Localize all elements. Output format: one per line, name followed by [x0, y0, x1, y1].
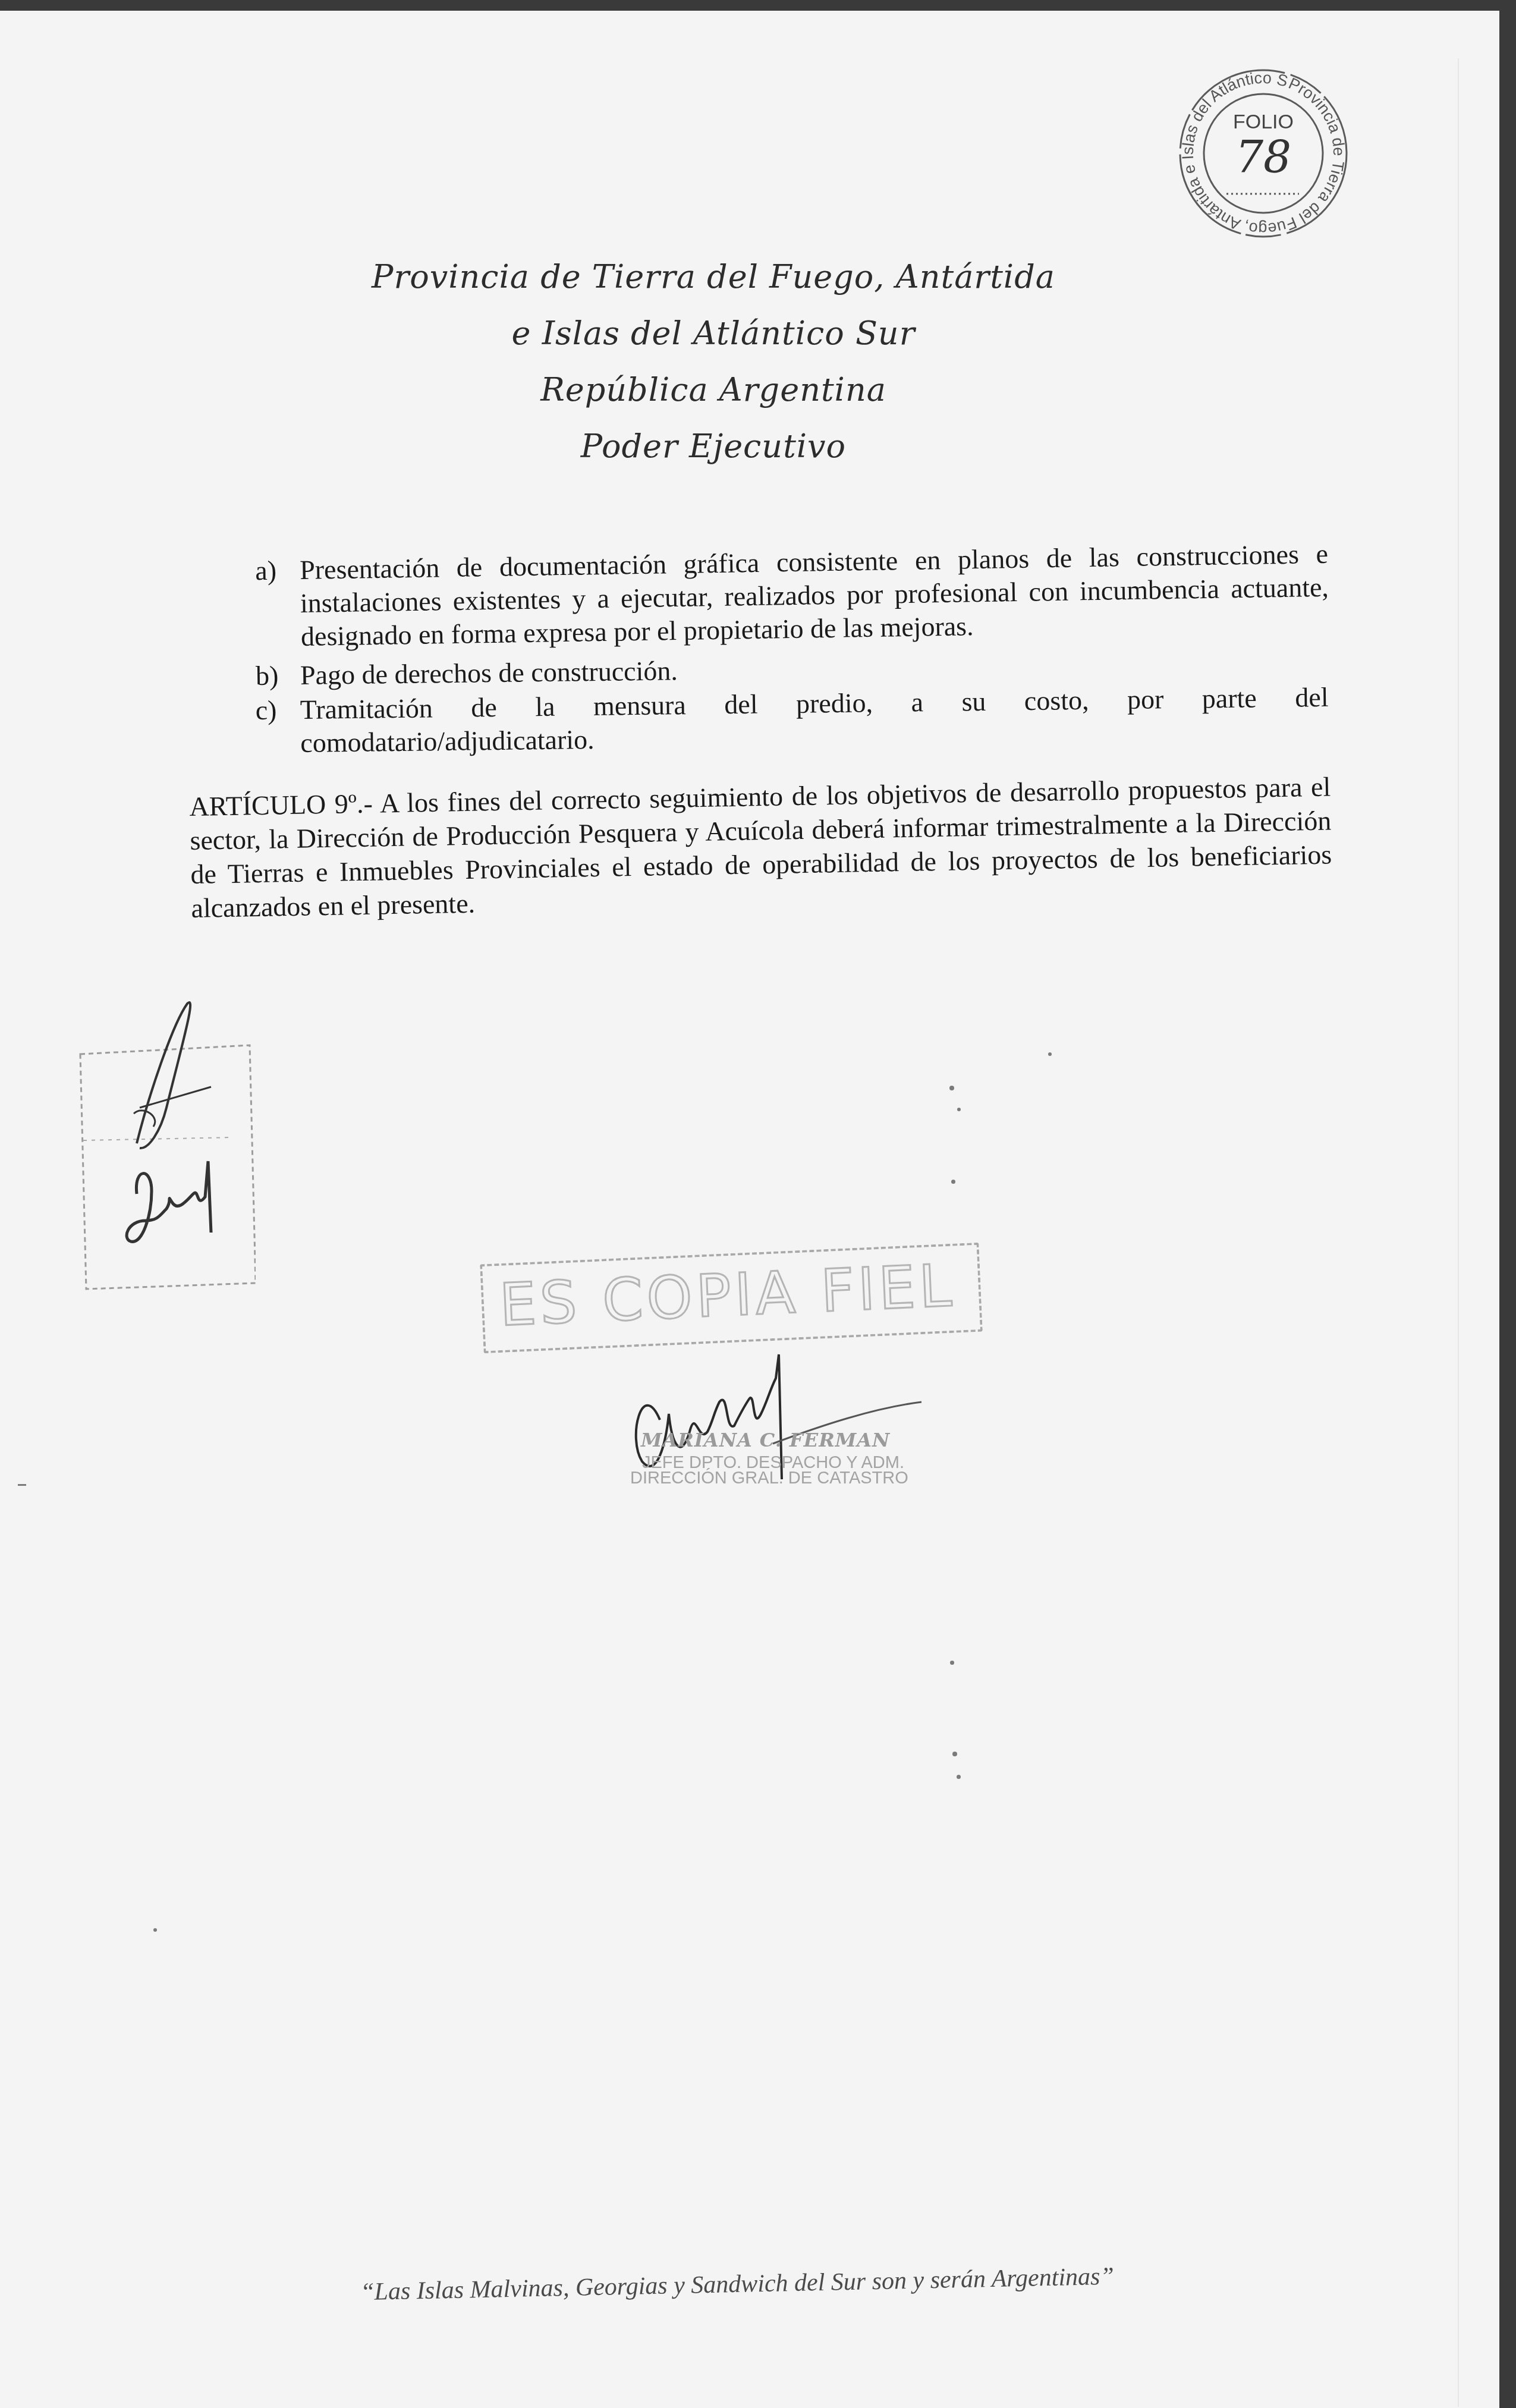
requirement-word: Tramitación	[300, 691, 433, 727]
letterhead-executive: Poder Ejecutivo	[297, 418, 1130, 474]
requirement-word: parte	[1202, 681, 1257, 715]
requirement-word: por	[1127, 683, 1164, 716]
initial-flourish	[137, 1002, 190, 1148]
requirement-word: del	[1295, 681, 1329, 715]
requirement-word: mensura	[593, 689, 687, 723]
certified-copy-stamp: ES COPIA FIEL	[480, 1243, 983, 1353]
letterhead-province: Provincia de Tierra del Fuego, Antártida	[297, 249, 1130, 305]
requirement-word: la	[535, 690, 555, 724]
margin-signature	[127, 1161, 211, 1241]
folio-stamp: Provincia de Tierra del Fuego, Antártida…	[1174, 64, 1353, 243]
list-marker: a)	[255, 554, 277, 588]
document-page: Provincia de Tierra del Fuego, Antártida…	[0, 11, 1499, 2408]
letterhead-islands: e Islas del Atlántico Sur	[297, 305, 1130, 361]
scan-speckle	[1048, 1052, 1052, 1056]
requirement-a: a) Presentación de documentación gráfica…	[252, 537, 1329, 654]
requirement-text: Presentación de documentación gráfica co…	[300, 539, 1329, 652]
signatory-name: MARIANA C. FERMAN	[641, 1429, 890, 1451]
requirement-word: predio,	[796, 686, 873, 721]
scan-speckle	[957, 1108, 961, 1111]
scan-speckle	[949, 1086, 954, 1090]
list-marker: c)	[255, 694, 276, 727]
scan-speckle	[18, 1484, 26, 1486]
scan-speckle	[952, 1752, 957, 1756]
scan-speckle	[951, 1180, 955, 1184]
scan-speckle	[957, 1775, 961, 1779]
requirement-word: de	[471, 691, 497, 725]
scan-artifact-line	[1458, 58, 1459, 2407]
requirement-word: a	[911, 686, 923, 719]
article-heading: ARTÍCULO 9º.-	[189, 788, 373, 822]
scan-speckle	[950, 1661, 954, 1665]
requirement-c: c) Tramitacióndelamensuradelpredio,asuco…	[252, 681, 1329, 760]
letterhead-republic: República Argentina	[297, 361, 1130, 418]
signatory-office: DIRECCIÓN GRAL. DE CATASTRO	[630, 1469, 908, 1488]
footer-motto: “Las Islas Malvinas, Georgias y Sandwich…	[321, 2261, 1154, 2307]
letterhead: Provincia de Tierra del Fuego, Antártida…	[297, 249, 1130, 474]
folio-number: 78	[1235, 132, 1291, 183]
requirement-word: del	[724, 688, 758, 722]
folio-label: FOLIO	[1233, 111, 1294, 133]
requirement-word: costo,	[1024, 684, 1089, 718]
scan-speckle	[153, 1928, 157, 1932]
requirement-word: su	[961, 685, 986, 718]
requirement-text: Pago de derechos de construcción.	[300, 655, 678, 690]
list-marker: b)	[256, 659, 279, 693]
article-9: ARTÍCULO 9º.- A los fines del correcto s…	[189, 769, 1333, 925]
margin-signature-box	[77, 989, 256, 1313]
